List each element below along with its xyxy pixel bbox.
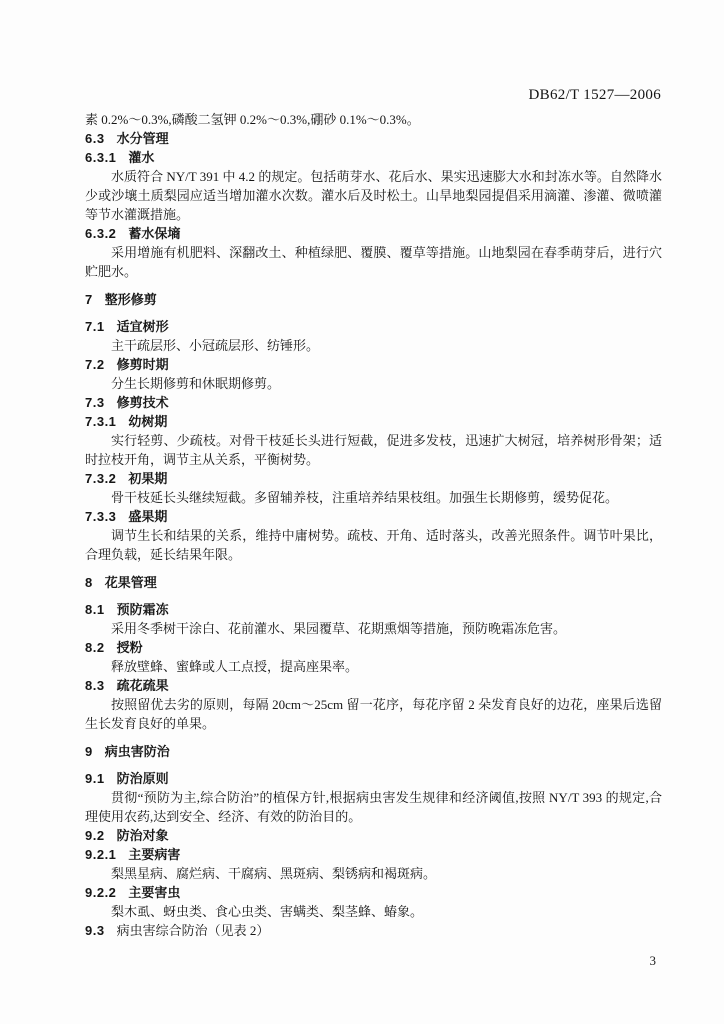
paragraph-early-fruiting: 骨干枝延长头继续短截。多留辅养枝，注重培养结果枝组。加强生长期修剪，缓势促花。	[85, 488, 662, 507]
clause-number: 7.1	[85, 317, 105, 336]
paragraph-thinning: 按照留优去劣的原则，每隔 20cm～25cm 留一花序，每花序留 2 朵发育良好…	[85, 695, 662, 733]
clause-title: 修剪时期	[117, 357, 169, 372]
heading-7-3-pruning-technique: 7.3修剪技术	[85, 393, 662, 412]
heading-7-3-2-early-fruiting: 7.3.2初果期	[85, 469, 662, 488]
heading-9-2-control-targets: 9.2防治对象	[85, 826, 662, 845]
paragraph-main-pests: 梨木虱、蚜虫类、食心虫类、害螨类、梨茎蜂、蝽象。	[85, 902, 662, 921]
clause-number: 6.3.1	[85, 148, 116, 167]
heading-7-pruning: 7整形修剪	[85, 290, 662, 309]
heading-9-pest-control: 9病虫害防治	[85, 742, 662, 761]
heading-7-3-1-young-tree: 7.3.1幼树期	[85, 412, 662, 431]
clause-title: 盛果期	[128, 509, 167, 524]
clause-title: 灌水	[128, 150, 154, 165]
heading-7-3-3-full-fruiting: 7.3.3盛果期	[85, 507, 662, 526]
clause-number: 7.3.3	[85, 507, 116, 526]
clause-number: 8.2	[85, 638, 105, 657]
clause-number: 9.2.2	[85, 883, 116, 902]
clause-number: 8.1	[85, 600, 105, 619]
clause-title: 防治原则	[117, 771, 169, 786]
clause-title: 蓄水保墒	[128, 226, 180, 241]
paragraph-fertilizer-rates: 素 0.2%～0.3%,磷酸二氢钾 0.2%～0.3%,硼砂 0.1%～0.3%…	[85, 110, 662, 129]
heading-6-3-2-water-retention: 6.3.2蓄水保墒	[85, 224, 662, 243]
paragraph-frost-prevention: 采用冬季树干涂白、花前灌水、果园覆草、花期熏烟等措施，预防晚霜冻危害。	[85, 619, 662, 638]
paragraph-pruning-period: 分生长期修剪和休眠期修剪。	[85, 374, 662, 393]
heading-8-flower-fruit-management: 8花果管理	[85, 573, 662, 592]
clause-title: 水分管理	[117, 131, 169, 146]
heading-8-3-thinning: 8.3疏花疏果	[85, 676, 662, 695]
heading-9-2-2-main-pests: 9.2.2主要害虫	[85, 883, 662, 902]
chapter-number: 8	[85, 573, 93, 592]
heading-9-3-integrated-control: 9.3病虫害综合防治（见表 2）	[85, 921, 662, 940]
paragraph-irrigation: 水质符合 NY/T 391 中 4.2 的规定。包括萌芽水、花后水、果实迅速膨大…	[85, 167, 662, 224]
clause-number: 7.3.1	[85, 412, 116, 431]
chapter-title: 花果管理	[105, 575, 157, 590]
clause-number: 7.3	[85, 393, 105, 412]
clause-title: 疏花疏果	[117, 678, 169, 693]
clause-number: 7.3.2	[85, 469, 116, 488]
chapter-number: 9	[85, 742, 93, 761]
clause-title: 预防霜冻	[117, 602, 169, 617]
document-code: DB62/T 1527—2006	[0, 87, 661, 104]
heading-8-2-pollination: 8.2授粉	[85, 638, 662, 657]
clause-number: 7.2	[85, 355, 105, 374]
heading-9-1-control-principles: 9.1防治原则	[85, 769, 662, 788]
paragraph-pollination: 释放壁蜂、蜜蜂或人工点授，提高座果率。	[85, 657, 662, 676]
clause-number: 9.2.1	[85, 845, 116, 864]
clause-number: 9.2	[85, 826, 105, 845]
paragraph-water-retention: 采用增施有机肥料、深翻改土、种植绿肥、覆膜、覆草等措施。山地梨园在春季萌芽后，进…	[85, 243, 662, 281]
clause-number: 8.3	[85, 676, 105, 695]
clause-title: 适宜树形	[117, 319, 169, 334]
clause-number: 9.3	[85, 921, 105, 940]
page-number: 3	[650, 953, 657, 969]
document-page: DB62/T 1527—2006 素 0.2%～0.3%,磷酸二氢钾 0.2%～…	[0, 0, 724, 1024]
clause-title: 病虫害综合防治（见表 2）	[117, 923, 270, 938]
paragraph-control-principles: 贯彻“预防为主,综合防治”的植保方针,根据病虫害发生规律和经济阈值,按照 NY/…	[85, 788, 662, 826]
heading-7-1-tree-shapes: 7.1适宜树形	[85, 317, 662, 336]
heading-6-3-water-management: 6.3水分管理	[85, 129, 662, 148]
clause-title: 主要病害	[128, 847, 180, 862]
clause-number: 9.1	[85, 769, 105, 788]
clause-title: 幼树期	[128, 414, 167, 429]
clause-title: 主要害虫	[128, 885, 180, 900]
clause-title: 修剪技术	[117, 395, 169, 410]
clause-title: 授粉	[117, 640, 143, 655]
clause-number: 6.3	[85, 129, 105, 148]
clause-title: 初果期	[128, 471, 167, 486]
chapter-title: 整形修剪	[105, 292, 157, 307]
paragraph-full-fruiting: 调节生长和结果的关系，维持中庸树势。疏枝、开角、适时落头，改善光照条件。调节叶果…	[85, 526, 662, 564]
paragraph-tree-shapes: 主干疏层形、小冠疏层形、纺锤形。	[85, 336, 662, 355]
paragraph-young-tree: 实行轻剪、少疏枝。对骨干枝延长头进行短截，促进多发枝，迅速扩大树冠，培养树形骨架…	[85, 431, 662, 469]
clause-number: 6.3.2	[85, 224, 116, 243]
heading-8-1-frost-prevention: 8.1预防霜冻	[85, 600, 662, 619]
chapter-number: 7	[85, 290, 93, 309]
chapter-title: 病虫害防治	[105, 744, 170, 759]
document-body: 素 0.2%～0.3%,磷酸二氢钾 0.2%～0.3%,硼砂 0.1%～0.3%…	[85, 110, 662, 940]
heading-6-3-1-irrigation: 6.3.1灌水	[85, 148, 662, 167]
paragraph-main-diseases: 梨黑星病、腐烂病、干腐病、黑斑病、梨锈病和褐斑病。	[85, 864, 662, 883]
clause-title: 防治对象	[117, 828, 169, 843]
heading-7-2-pruning-period: 7.2修剪时期	[85, 355, 662, 374]
heading-9-2-1-main-diseases: 9.2.1主要病害	[85, 845, 662, 864]
